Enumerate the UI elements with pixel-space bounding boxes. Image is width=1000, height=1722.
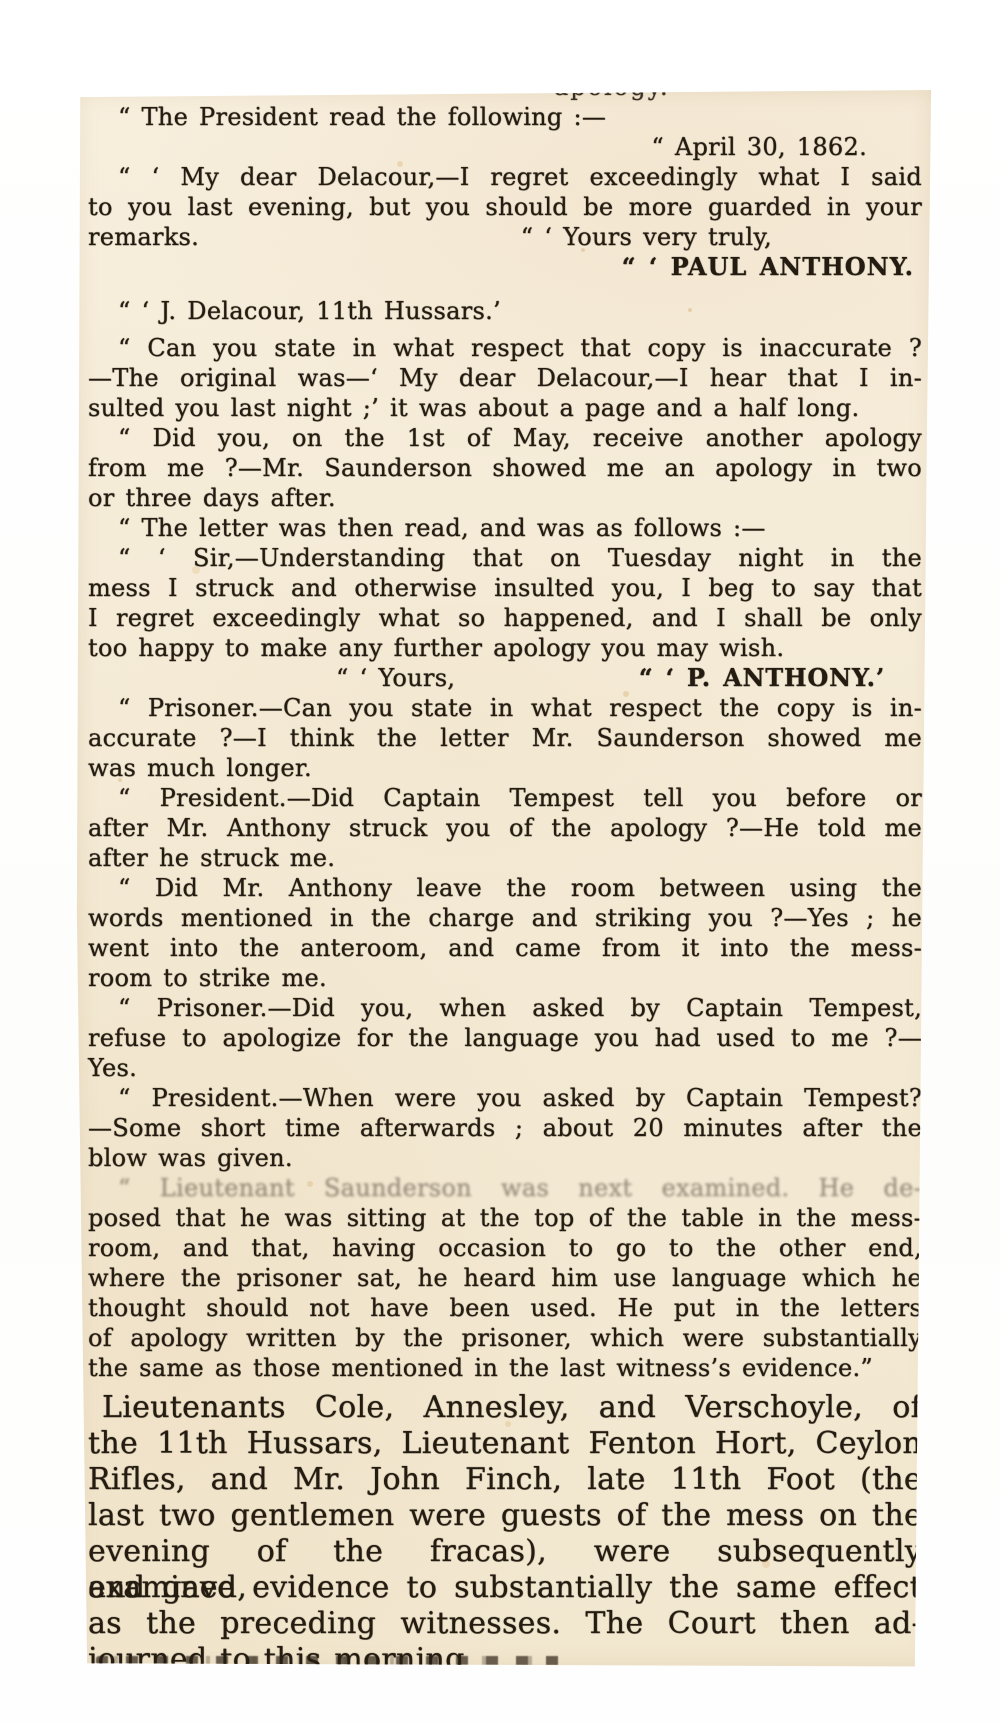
text-line: “ ‘ My dear Delacour,—I regret exceeding… bbox=[88, 162, 922, 192]
text-line: “ The letter was then read, and was as f… bbox=[88, 513, 922, 543]
text-line: of apology written by the prisoner, whic… bbox=[88, 1323, 922, 1353]
text-line: the same as those mentioned in the last … bbox=[88, 1353, 922, 1383]
text-line: —The original was—‘ My dear Delacour,—I … bbox=[88, 363, 922, 393]
text-line: after he struck me. bbox=[88, 843, 922, 873]
text-line: “ President.—When were you asked by Capt… bbox=[88, 1083, 922, 1113]
text-line: “ President.—Did Captain Tempest tell yo… bbox=[88, 783, 922, 813]
text-line: “ Prisoner.—Did you, when asked by Capta… bbox=[88, 993, 922, 1023]
text-line: “ Prisoner.—Can you state in what respec… bbox=[88, 693, 922, 723]
text-line: and gave evidence to substantially the s… bbox=[88, 1570, 922, 1606]
text-line: —Some short time afterwards ; about 20 m… bbox=[88, 1113, 922, 1143]
text-line: to you last evening, but you should be m… bbox=[88, 192, 922, 222]
text-line-part: “ ‘ P. ANTHONY.’ bbox=[639, 663, 885, 693]
text-line: too happy to make any further apology yo… bbox=[88, 633, 922, 663]
text-line: Rifles, and Mr. John Finch, late 11th Fo… bbox=[88, 1462, 922, 1498]
text-line: “ The President read the following :— bbox=[88, 102, 922, 132]
text-line-part: remarks. bbox=[88, 222, 199, 252]
text-line: from me ?—Mr. Saunderson showed me an ap… bbox=[88, 453, 922, 483]
text-line: where the prisoner sat, he heard him use… bbox=[88, 1263, 922, 1293]
text-line: blow was given. bbox=[88, 1143, 922, 1173]
text-line: last two gentlemen were guests of the me… bbox=[88, 1498, 922, 1534]
text-line: “ ‘ PAUL ANTHONY. bbox=[88, 252, 922, 282]
text-line: as the preceding witnesses. The Court th… bbox=[88, 1606, 922, 1642]
text-line: room to strike me. bbox=[88, 963, 922, 993]
text-line: “ Did you, on the 1st of May, receive an… bbox=[88, 423, 922, 453]
text-line: I regret exceedingly what so happened, a… bbox=[88, 603, 922, 633]
text-line: went into the anteroom, and came from it… bbox=[88, 933, 922, 963]
text-line: after Mr. Anthony struck you of the apol… bbox=[88, 813, 922, 843]
text-line: accurate ?—I think the letter Mr. Saunde… bbox=[88, 723, 922, 753]
text-line: “ ‘ Sir,—Understanding that on Tuesday n… bbox=[88, 543, 922, 573]
text-line-part: “ ‘ Yours, bbox=[336, 663, 455, 693]
text-line: room, and that, having occasion to go to… bbox=[88, 1233, 922, 1263]
article-text-column: “ The President read the following :—“ A… bbox=[88, 102, 922, 1678]
text-line: thought should not have been used. He pu… bbox=[88, 1293, 922, 1323]
text-line: mess I struck and otherwise insulted you… bbox=[88, 573, 922, 603]
text-line-part: “ ‘ Yours very truly, bbox=[521, 222, 772, 252]
text-line: sulted you last night ;’ it was about a … bbox=[88, 393, 922, 423]
text-line: the 11th Hussars, Lieutenant Fenton Hort… bbox=[88, 1426, 922, 1462]
text-line: was much longer. bbox=[88, 753, 922, 783]
text-line: “ ‘ J. Delacour, 11th Hussars.’ bbox=[88, 296, 922, 326]
text-line: Lieutenants Cole, Annesley, and Verschoy… bbox=[88, 1390, 922, 1426]
text-line: or three days after. bbox=[88, 483, 922, 513]
text-line: posed that he was sitting at the top of … bbox=[88, 1203, 922, 1233]
text-line: “ Did Mr. Anthony leave the room between… bbox=[88, 873, 922, 903]
text-line: words mentioned in the charge and striki… bbox=[88, 903, 922, 933]
text-line: “ April 30, 1862. bbox=[88, 132, 922, 162]
newspaper-clipping: apology. “ The President read the follow… bbox=[76, 90, 932, 1668]
text-line: evening of the fracas), were subsequentl… bbox=[88, 1534, 922, 1570]
text-line: “ Lieutenant Saunderson was next examine… bbox=[88, 1173, 922, 1203]
text-line: refuse to apologize for the language you… bbox=[88, 1023, 922, 1053]
text-line: “ ‘ Yours,“ ‘ P. ANTHONY.’ bbox=[88, 663, 922, 693]
text-line: “ Can you state in what respect that cop… bbox=[88, 333, 922, 363]
text-line: Yes. bbox=[88, 1053, 922, 1083]
text-line: remarks.“ ‘ Yours very truly, bbox=[88, 222, 922, 252]
